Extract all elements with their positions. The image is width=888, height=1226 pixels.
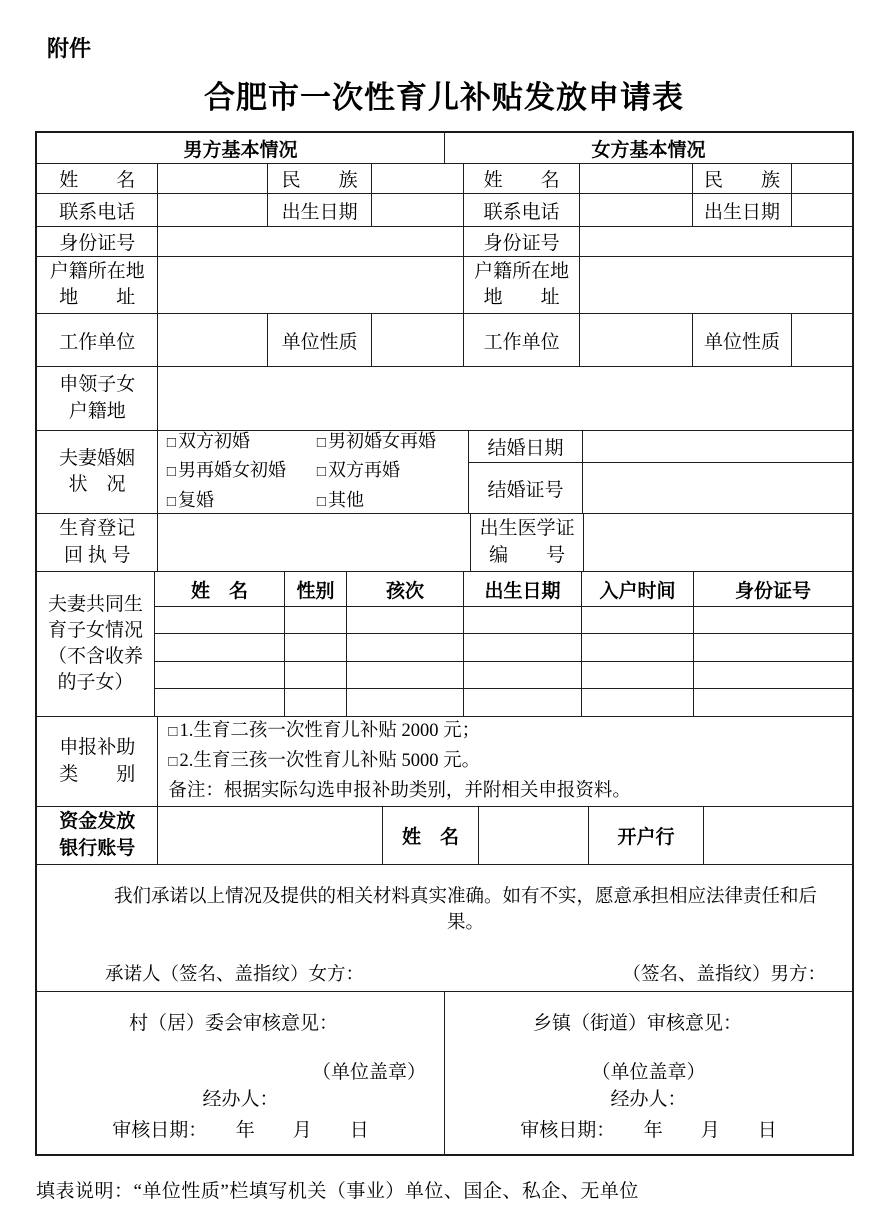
- children-row: [155, 634, 852, 662]
- child-registered-value[interactable]: [582, 607, 694, 634]
- children-row: [155, 689, 852, 717]
- marital-option-label: 其他: [328, 490, 364, 510]
- commitment-sign-line: 承诺人（签名、盖指纹）女方： （签名、盖指纹）男方：: [37, 934, 852, 986]
- birth-reg-label-line2: 回 执 号: [64, 543, 131, 569]
- marital-options-cell: □双方初婚 □男初婚女再婚 □男再婚女初婚 □双方再婚 □复婚 □其他: [158, 431, 469, 514]
- children-header-row: 姓 名 性别 孩次 出生日期 入户时间 身份证号: [155, 572, 852, 607]
- female-id-value[interactable]: [580, 227, 852, 257]
- female-birthdate-label: 出生日期: [693, 194, 793, 227]
- children-label-line2: 育子女情况: [48, 618, 143, 644]
- children-label-line1: 夫妻共同生: [48, 592, 143, 618]
- female-ethnicity-label: 民 族: [693, 164, 793, 194]
- male-hukou-label-line2: 地 址: [59, 285, 135, 311]
- child-order-value[interactable]: [347, 634, 464, 662]
- female-id-label: 身份证号: [464, 227, 580, 257]
- marital-option-label: 复婚: [178, 490, 214, 510]
- birth-reg-row: 生育登记 回 执 号 出生医学证 编 号: [37, 514, 852, 572]
- employer-row: 工作单位 单位性质 工作单位 单位性质: [37, 314, 852, 367]
- checkbox-icon[interactable]: □: [317, 494, 326, 510]
- child-birthdate-value[interactable]: [464, 689, 582, 717]
- child-gender-value[interactable]: [285, 634, 347, 662]
- subsidy-option-2: □2.生育三孩一次性育儿补贴 5000 元。: [168, 747, 852, 777]
- child-order-value[interactable]: [347, 662, 464, 689]
- child-gender-value[interactable]: [285, 607, 347, 634]
- female-employer-label: 工作单位: [464, 314, 580, 367]
- marriage-date-value[interactable]: [583, 431, 852, 463]
- birth-reg-label: 生育登记 回 执 号: [37, 514, 158, 572]
- children-row: [155, 607, 852, 634]
- child-name-value[interactable]: [155, 607, 285, 634]
- male-ethnicity-value[interactable]: [372, 164, 464, 194]
- male-employer-type-value[interactable]: [372, 314, 464, 367]
- form-sheet: 附件 合肥市一次性育儿补贴发放申请表 男方基本情况 女方基本情况 姓 名 民 族…: [0, 0, 888, 1226]
- birth-reg-value[interactable]: [158, 514, 470, 572]
- township-review-title: 乡镇（街道）审核意见：: [445, 992, 852, 1035]
- female-hukou-value[interactable]: [580, 257, 852, 314]
- checkbox-icon[interactable]: □: [167, 494, 176, 510]
- male-name-label: 姓 名: [37, 164, 158, 194]
- attachment-label: 附件: [47, 32, 91, 63]
- hukou-row: 户籍所在地 地 址 户籍所在地 地 址: [37, 257, 852, 314]
- marital-option-label: 双方再婚: [328, 460, 400, 480]
- male-hukou-label-line1: 户籍所在地: [50, 259, 145, 285]
- commitment-row: 我们承诺以上情况及提供的相关材料真实准确。如有不实，愿意承担相应法律责任和后果。…: [37, 865, 852, 992]
- bank-account-label: 资金发放 银行账号: [37, 807, 158, 865]
- sign-male-label: （签名、盖指纹）男方：: [622, 960, 826, 986]
- female-hukou-label: 户籍所在地 地 址: [464, 257, 580, 314]
- page-title: 合肥市一次性育儿补贴发放申请表: [0, 72, 888, 117]
- female-employer-value[interactable]: [580, 314, 692, 367]
- subsidy-label: 申报补助 类 别: [37, 717, 158, 807]
- child-name-value[interactable]: [155, 662, 285, 689]
- birth-cert-label-line1: 出生医学证: [480, 516, 575, 542]
- marital-label-line2: 状 况: [68, 472, 125, 498]
- village-seal-label: （单位盖章）: [37, 1057, 444, 1084]
- female-employer-type-label: 单位性质: [693, 314, 793, 367]
- birth-cert-label: 出生医学证 编 号: [471, 514, 584, 572]
- children-table: 姓 名 性别 孩次 出生日期 入户时间 身份证号: [155, 572, 852, 717]
- female-employer-type-value[interactable]: [792, 314, 852, 367]
- children-row: [155, 662, 852, 689]
- township-review-cell: 乡镇（街道）审核意见： （单位盖章） 经办人： 审核日期： 年 月 日: [445, 992, 852, 1154]
- marital-option-label: 双方初婚: [178, 431, 250, 451]
- commitment-cell: 我们承诺以上情况及提供的相关材料真实准确。如有不实，愿意承担相应法律责任和后果。…: [37, 865, 852, 992]
- child-registered-value[interactable]: [582, 634, 694, 662]
- section-header-row: 男方基本情况 女方基本情况: [37, 133, 852, 164]
- male-name-value[interactable]: [158, 164, 267, 194]
- children-header-registered: 入户时间: [582, 572, 694, 607]
- male-ethnicity-label: 民 族: [268, 164, 372, 194]
- male-employer-label: 工作单位: [37, 314, 158, 367]
- fill-instruction-note: 填表说明：“单位性质”栏填写机关（事业）单位、国企、私企、无单位: [36, 1176, 639, 1203]
- marital-option-female-first: □男再婚女初婚: [167, 457, 317, 487]
- child-hukou-label: 申领子女 户籍地: [37, 367, 158, 431]
- bank-row: 资金发放 银行账号 姓 名 开户行: [37, 807, 852, 865]
- male-id-label: 身份证号: [37, 227, 158, 257]
- village-handler-label: 经办人：: [37, 1084, 444, 1111]
- checkbox-icon[interactable]: □: [317, 435, 326, 451]
- id-row: 身份证号 身份证号: [37, 227, 852, 257]
- male-phone-value[interactable]: [158, 194, 267, 227]
- marital-option-label: 男再婚女初婚: [178, 460, 286, 480]
- account-name-value[interactable]: [479, 807, 589, 865]
- children-header-order: 孩次: [347, 572, 464, 607]
- name-row: 姓 名 民 族 姓 名 民 族: [37, 164, 852, 194]
- female-name-label: 姓 名: [464, 164, 580, 194]
- village-review-title: 村（居）委会审核意见：: [37, 992, 444, 1035]
- child-name-value[interactable]: [155, 634, 285, 662]
- checkbox-icon[interactable]: □: [168, 754, 177, 770]
- child-order-value[interactable]: [347, 607, 464, 634]
- marital-label-line1: 夫妻婚姻: [59, 446, 135, 472]
- village-review-date: 审核日期： 年 月 日: [37, 1111, 444, 1154]
- child-name-value[interactable]: [155, 689, 285, 717]
- children-label-line4: 的子女）: [57, 670, 133, 696]
- checkbox-icon[interactable]: □: [317, 464, 326, 480]
- marriage-info-column: 结婚日期 结婚证号: [469, 431, 852, 514]
- child-birthdate-value[interactable]: [464, 662, 582, 689]
- bank-account-value[interactable]: [158, 807, 383, 865]
- child-hukou-label-line1: 申领子女: [59, 372, 135, 398]
- child-id-value[interactable]: [694, 607, 852, 634]
- male-birthdate-value[interactable]: [372, 194, 464, 227]
- children-section-label: 夫妻共同生 育子女情况 （不含收养 的子女）: [37, 572, 155, 717]
- child-birthdate-value[interactable]: [464, 634, 582, 662]
- sign-female-label: 承诺人（签名、盖指纹）女方：: [105, 960, 364, 986]
- village-review-space: [37, 1035, 444, 1057]
- male-employer-value[interactable]: [158, 314, 267, 367]
- township-review-space: [445, 1035, 852, 1057]
- review-row: 村（居）委会审核意见： （单位盖章） 经办人： 审核日期： 年 月 日 乡镇（街…: [37, 992, 852, 1154]
- child-gender-value[interactable]: [285, 689, 347, 717]
- subsidy-note: 备注：根据实际勾选申报补助类别，并附相关申报资料。: [168, 777, 852, 806]
- bank-branch-label: 开户行: [589, 807, 703, 865]
- marital-row: 夫妻婚姻 状 况 □双方初婚 □男初婚女再婚 □男再婚女初婚 □双方再婚 □复婚…: [37, 431, 852, 514]
- birth-reg-label-line1: 生育登记: [59, 516, 135, 542]
- male-phone-label: 联系电话: [37, 194, 158, 227]
- marriage-cert-subrow: 结婚证号: [469, 463, 852, 514]
- male-hukou-value[interactable]: [158, 257, 464, 314]
- child-id-value[interactable]: [694, 634, 852, 662]
- township-handler-label: 经办人：: [445, 1084, 852, 1111]
- marriage-cert-value[interactable]: [583, 463, 852, 514]
- female-hukou-label-line1: 户籍所在地: [474, 259, 569, 285]
- subsidy-label-line2: 类 别: [59, 762, 135, 788]
- female-hukou-label-line2: 地 址: [484, 285, 560, 311]
- child-id-value[interactable]: [694, 689, 852, 717]
- children-header-gender: 性别: [285, 572, 347, 607]
- female-phone-label: 联系电话: [464, 194, 580, 227]
- bank-branch-value[interactable]: [704, 807, 852, 865]
- marital-label: 夫妻婚姻 状 况: [37, 431, 158, 514]
- subsidy-label-line1: 申报补助: [59, 735, 135, 761]
- checkbox-icon[interactable]: □: [167, 464, 176, 480]
- village-review-cell: 村（居）委会审核意见： （单位盖章） 经办人： 审核日期： 年 月 日: [37, 992, 445, 1154]
- marital-option-label: 男初婚女再婚: [328, 431, 436, 451]
- female-birthdate-value[interactable]: [792, 194, 852, 227]
- child-id-value[interactable]: [694, 662, 852, 689]
- male-employer-type-label: 单位性质: [268, 314, 372, 367]
- male-birthdate-label: 出生日期: [268, 194, 372, 227]
- township-review-date: 审核日期： 年 月 日: [445, 1111, 852, 1154]
- subsidy-options-cell: □1.生育二孩一次性育儿补贴 2000 元； □2.生育三孩一次性育儿补贴 50…: [158, 717, 852, 807]
- marital-option-male-first: □男初婚女再婚: [317, 431, 468, 457]
- female-phone-value[interactable]: [580, 194, 692, 227]
- female-section-header: 女方基本情况: [445, 133, 852, 164]
- children-header-id: 身份证号: [694, 572, 852, 607]
- bank-account-label-line1: 资金发放: [59, 809, 135, 835]
- male-hukou-label: 户籍所在地 地 址: [37, 257, 158, 314]
- birth-cert-label-line2: 编 号: [489, 543, 565, 569]
- birth-cert-value[interactable]: [584, 514, 852, 572]
- male-section-header: 男方基本情况: [37, 133, 445, 164]
- commitment-statement: 我们承诺以上情况及提供的相关材料真实准确。如有不实，愿意承担相应法律责任和后果。: [37, 865, 852, 934]
- marriage-cert-label: 结婚证号: [469, 463, 583, 514]
- subsidy-option-1: □1.生育二孩一次性育儿补贴 2000 元；: [168, 717, 852, 747]
- children-section: 夫妻共同生 育子女情况 （不含收养 的子女） 姓 名 性别 孩次 出生日期 入户…: [37, 572, 852, 717]
- child-registered-value[interactable]: [582, 689, 694, 717]
- child-hukou-label-line2: 户籍地: [69, 399, 126, 425]
- bank-account-label-line2: 银行账号: [59, 836, 135, 862]
- subsidy-option-1-label: 1.生育二孩一次性育儿补贴 2000 元；: [179, 721, 480, 741]
- marriage-date-label: 结婚日期: [469, 431, 583, 463]
- child-birthdate-value[interactable]: [464, 607, 582, 634]
- checkbox-icon[interactable]: □: [168, 724, 177, 740]
- marital-option-both-remarried: □双方再婚: [317, 457, 468, 487]
- subsidy-option-2-label: 2.生育三孩一次性育儿补贴 5000 元。: [179, 751, 480, 771]
- child-registered-value[interactable]: [582, 662, 694, 689]
- marital-option-first-both: □双方初婚: [167, 431, 317, 457]
- children-header-name: 姓 名: [155, 572, 285, 607]
- checkbox-icon[interactable]: □: [167, 435, 176, 451]
- marriage-date-subrow: 结婚日期: [469, 431, 852, 463]
- child-gender-value[interactable]: [285, 662, 347, 689]
- children-label-line3: （不含收养: [48, 644, 143, 670]
- child-hukou-value[interactable]: [158, 367, 852, 431]
- child-order-value[interactable]: [347, 689, 464, 717]
- marital-option-remarried-same: □复婚: [167, 487, 317, 514]
- male-id-value[interactable]: [158, 227, 464, 257]
- female-ethnicity-value[interactable]: [792, 164, 852, 194]
- account-name-label: 姓 名: [383, 807, 479, 865]
- application-form-table: 男方基本情况 女方基本情况 姓 名 民 族 姓 名 民 族 联系电话 出生日期 …: [35, 131, 854, 1156]
- phone-row: 联系电话 出生日期 联系电话 出生日期: [37, 194, 852, 227]
- township-seal-label: （单位盖章）: [445, 1057, 852, 1084]
- marital-option-other: □其他: [317, 487, 468, 514]
- subsidy-row: 申报补助 类 别 □1.生育二孩一次性育儿补贴 2000 元； □2.生育三孩一…: [37, 717, 852, 807]
- child-hukou-row: 申领子女 户籍地: [37, 367, 852, 431]
- children-header-birthdate: 出生日期: [464, 572, 582, 607]
- female-name-value[interactable]: [580, 164, 692, 194]
